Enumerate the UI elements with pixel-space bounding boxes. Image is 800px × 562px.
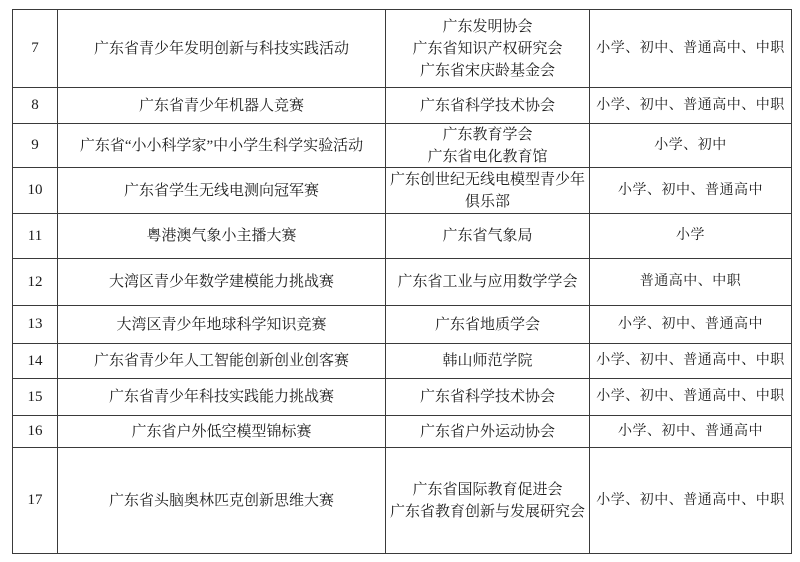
row-number-cell: 13 <box>13 306 58 344</box>
row-number-cell: 7 <box>13 10 58 88</box>
row-number-cell: 10 <box>13 168 58 214</box>
organizer-line: 广东省户外运动协会 <box>390 421 585 443</box>
organizer-cell: 广东省工业与应用数学学会 <box>386 259 590 306</box>
row-number-cell: 14 <box>13 344 58 379</box>
levels-cell: 普通高中、中职 <box>590 259 792 306</box>
row-number-cell: 16 <box>13 416 58 448</box>
levels-cell: 小学 <box>590 214 792 259</box>
activity-name-cell: 广东省青少年科技实践能力挑战赛 <box>58 379 386 416</box>
organizer-cell: 韩山师范学院 <box>386 344 590 379</box>
organizer-line: 广东省地质学会 <box>390 314 585 336</box>
table-row: 13 大湾区青少年地球科学知识竞赛 广东省地质学会 小学、初中、普通高中 <box>13 306 792 344</box>
activity-name-cell: 广东省“小小科学家”中小学生科学实验活动 <box>58 124 386 168</box>
table-row: 12 大湾区青少年数学建模能力挑战赛 广东省工业与应用数学学会 普通高中、中职 <box>13 259 792 306</box>
activity-name-cell: 广东省青少年发明创新与科技实践活动 <box>58 10 386 88</box>
table-row: 7 广东省青少年发明创新与科技实践活动 广东发明协会广东省知识产权研究会广东省宋… <box>13 10 792 88</box>
activity-name-cell: 广东省户外低空模型锦标赛 <box>58 416 386 448</box>
organizer-cell: 广东省国际教育促进会广东省教育创新与发展研究会 <box>386 448 590 554</box>
row-number-cell: 11 <box>13 214 58 259</box>
organizer-line: 广东省电化教育馆 <box>390 146 585 168</box>
organizer-line: 广东创世纪无线电模型青少年俱乐部 <box>390 169 585 213</box>
activity-name-cell: 粤港澳气象小主播大赛 <box>58 214 386 259</box>
organizer-cell: 广东发明协会广东省知识产权研究会广东省宋庆龄基金会 <box>386 10 590 88</box>
organizer-cell: 广东省气象局 <box>386 214 590 259</box>
table-row: 11 粤港澳气象小主播大赛 广东省气象局 小学 <box>13 214 792 259</box>
levels-cell: 小学、初中、普通高中、中职 <box>590 344 792 379</box>
row-number-cell: 17 <box>13 448 58 554</box>
activity-name-cell: 广东省学生无线电测向冠军赛 <box>58 168 386 214</box>
table-row: 16 广东省户外低空模型锦标赛 广东省户外运动协会 小学、初中、普通高中 <box>13 416 792 448</box>
organizer-line: 广东省国际教育促进会 <box>390 479 585 501</box>
organizer-line: 广东省知识产权研究会 <box>390 38 585 60</box>
levels-cell: 小学、初中 <box>590 124 792 168</box>
levels-cell: 小学、初中、普通高中、中职 <box>590 379 792 416</box>
organizer-cell: 广东省科学技术协会 <box>386 88 590 124</box>
levels-cell: 小学、初中、普通高中 <box>590 168 792 214</box>
activity-name-cell: 广东省青少年机器人竞赛 <box>58 88 386 124</box>
organizer-line: 广东发明协会 <box>390 16 585 38</box>
table-row: 17 广东省头脑奥林匹克创新思维大赛 广东省国际教育促进会广东省教育创新与发展研… <box>13 448 792 554</box>
levels-cell: 小学、初中、普通高中 <box>590 306 792 344</box>
activity-name-cell: 广东省青少年人工智能创新创业创客赛 <box>58 344 386 379</box>
activity-name-cell: 广东省头脑奥林匹克创新思维大赛 <box>58 448 386 554</box>
row-number-cell: 15 <box>13 379 58 416</box>
organizer-line: 广东省科学技术协会 <box>390 95 585 117</box>
levels-cell: 小学、初中、普通高中、中职 <box>590 10 792 88</box>
organizer-line: 韩山师范学院 <box>390 350 585 372</box>
organizer-cell: 广东省户外运动协会 <box>386 416 590 448</box>
levels-cell: 小学、初中、普通高中、中职 <box>590 88 792 124</box>
document-page: 7 广东省青少年发明创新与科技实践活动 广东发明协会广东省知识产权研究会广东省宋… <box>0 0 800 562</box>
row-number-cell: 12 <box>13 259 58 306</box>
levels-cell: 小学、初中、普通高中、中职 <box>590 448 792 554</box>
activity-name-cell: 大湾区青少年数学建模能力挑战赛 <box>58 259 386 306</box>
levels-cell: 小学、初中、普通高中 <box>590 416 792 448</box>
organizer-cell: 广东教育学会广东省电化教育馆 <box>386 124 590 168</box>
row-number-cell: 9 <box>13 124 58 168</box>
table-row: 15 广东省青少年科技实践能力挑战赛 广东省科学技术协会 小学、初中、普通高中、… <box>13 379 792 416</box>
organizer-cell: 广东省科学技术协会 <box>386 379 590 416</box>
activities-table: 7 广东省青少年发明创新与科技实践活动 广东发明协会广东省知识产权研究会广东省宋… <box>12 9 792 554</box>
organizer-cell: 广东创世纪无线电模型青少年俱乐部 <box>386 168 590 214</box>
organizer-cell: 广东省地质学会 <box>386 306 590 344</box>
organizer-line: 广东省教育创新与发展研究会 <box>390 501 585 523</box>
organizer-line: 广东省科学技术协会 <box>390 386 585 408</box>
organizer-line: 广东教育学会 <box>390 124 585 146</box>
table-row: 14 广东省青少年人工智能创新创业创客赛 韩山师范学院 小学、初中、普通高中、中… <box>13 344 792 379</box>
organizer-line: 广东省气象局 <box>390 225 585 247</box>
table-row: 10 广东省学生无线电测向冠军赛 广东创世纪无线电模型青少年俱乐部 小学、初中、… <box>13 168 792 214</box>
organizer-line: 广东省宋庆龄基金会 <box>390 60 585 82</box>
organizer-line: 广东省工业与应用数学学会 <box>390 271 585 293</box>
activity-name-cell: 大湾区青少年地球科学知识竞赛 <box>58 306 386 344</box>
table-row: 8 广东省青少年机器人竞赛 广东省科学技术协会 小学、初中、普通高中、中职 <box>13 88 792 124</box>
row-number-cell: 8 <box>13 88 58 124</box>
table-row: 9 广东省“小小科学家”中小学生科学实验活动 广东教育学会广东省电化教育馆 小学… <box>13 124 792 168</box>
